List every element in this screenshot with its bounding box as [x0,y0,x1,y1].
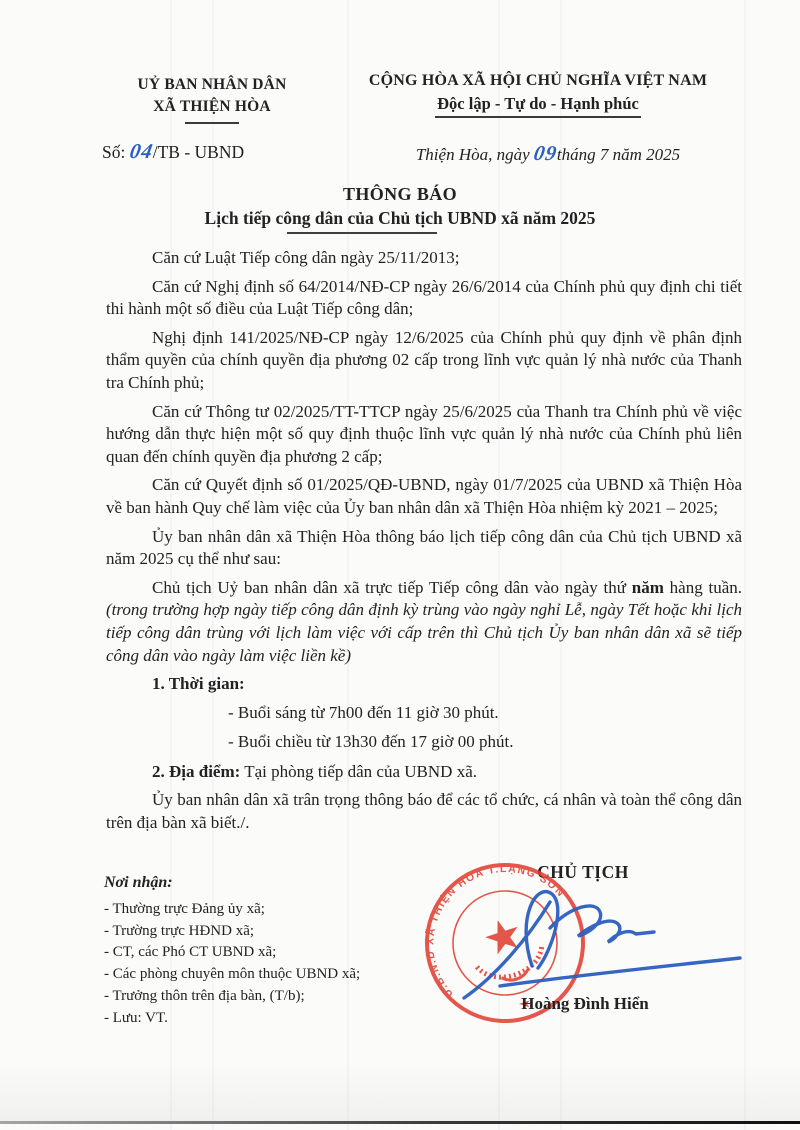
recipient-item: - Các phòng chuyên môn thuộc UBND xã; [104,964,360,986]
document-body: Căn cứ Luật Tiếp công dân ngày 25/11/201… [106,247,742,841]
schedule-rule-note: (trong trường hợp ngày tiếp công dân địn… [106,600,742,664]
date-suffix: tháng 7 năm 2025 [557,145,680,164]
scanned-document-page: UỶ BAN NHÂN DÂN XÃ THIỆN HÒA CỘNG HÒA XÃ… [0,0,800,1130]
schedule-rule-day: năm [632,578,664,597]
schedule-rule-lead: Chủ tịch Uỷ ban nhân dân xã trực tiếp Ti… [152,578,632,597]
issuing-org-block: UỶ BAN NHÂN DÂN XÃ THIỆN HÒA [96,74,328,124]
document-title-block: THÔNG BÁO Lịch tiếp công dân của Chủ tịc… [0,184,800,234]
paragraph-legal-basis-5: Căn cứ Quyết định số 01/2025/QĐ-UBND, ng… [106,474,742,519]
paragraph-schedule-rule: Chủ tịch Uỷ ban nhân dân xã trực tiếp Ti… [106,577,742,667]
signature-flourish [500,958,740,986]
document-number: Số: 04/TB - UBND [102,141,244,163]
national-motto-line2: Độc lập - Tự do - Hạnh phúc [435,94,641,118]
heading-place-line: 2. Địa điểm: Tại phòng tiếp dân của UBND… [106,761,742,784]
recipients-title: Nơi nhận: [104,872,360,894]
document-number-prefix: Số: [102,142,125,162]
document-number-handwritten: 04 [128,141,155,162]
recipient-item: - Trường trực HĐND xã; [104,921,360,943]
document-type-title: THÔNG BÁO [0,184,800,205]
date-prefix: Thiện Hòa, ngày [416,145,530,164]
org-name-line1: UỶ BAN NHÂN DÂN [96,74,328,96]
recipient-item: - CT, các Phó CT UBND xã; [104,942,360,964]
time-morning-line: - Buổi sáng từ 7h00 đến 11 giờ 30 phút. [106,702,742,725]
recipient-item: - Trưởng thôn trên địa bàn, (T/b); [104,986,360,1008]
paragraph-legal-basis-1: Căn cứ Luật Tiếp công dân ngày 25/11/201… [106,247,742,270]
place-text: Tại phòng tiếp dân của UBND xã. [240,762,477,781]
time-afternoon-line: - Buổi chiều từ 13h30 đến 17 giờ 00 phút… [106,731,742,754]
paragraph-announcement: Ủy ban nhân dân xã Thiện Hòa thông báo l… [106,526,742,571]
national-header-block: CỘNG HÒA XÃ HỘI CHỦ NGHĨA VIỆT NAM Độc l… [330,72,746,118]
recipient-item: - Thường trực Đảng ủy xã; [104,899,360,921]
title-underline [287,232,437,234]
signature-scribble [550,906,654,942]
scan-bottom-edge [0,1121,800,1124]
heading-time: 1. Thời gian: [106,673,742,696]
org-underline [185,122,239,124]
document-subject-title: Lịch tiếp công dân của Chủ tịch UBND xã … [0,208,800,229]
recipient-item: - Lưu: VT. [104,1008,360,1030]
schedule-rule-mid: hàng tuần. [664,578,742,597]
national-motto-line1: CỘNG HÒA XÃ HỘI CHỦ NGHĨA VIỆT NAM [330,72,746,90]
org-name-line2: XÃ THIỆN HÒA [96,96,328,118]
date-day-handwritten: 09 [532,143,559,164]
heading-place: 2. Địa điểm: [152,762,240,781]
document-number-suffix: /TB - UBND [153,142,244,162]
paragraph-legal-basis-2: Căn cứ Nghị định số 64/2014/NĐ-CP ngày 2… [106,276,742,321]
paragraph-legal-basis-4: Căn cứ Thông tư 02/2025/TT-TTCP ngày 25/… [106,401,742,469]
place-date-line: Thiện Hòa, ngày 09tháng 7 năm 2025 [352,143,744,165]
handwritten-signature [400,856,760,1016]
paragraph-closing: Ủy ban nhân dân xã trân trọng thông báo … [106,789,742,834]
paragraph-legal-basis-3: Nghị định 141/2025/NĐ-CP ngày 12/6/2025 … [106,327,742,395]
scan-haze [0,1060,800,1121]
signer-name: Hoàng Đình Hiển [465,994,705,1014]
recipients-block: Nơi nhận: - Thường trực Đảng ủy xã; - Tr… [104,872,360,1030]
